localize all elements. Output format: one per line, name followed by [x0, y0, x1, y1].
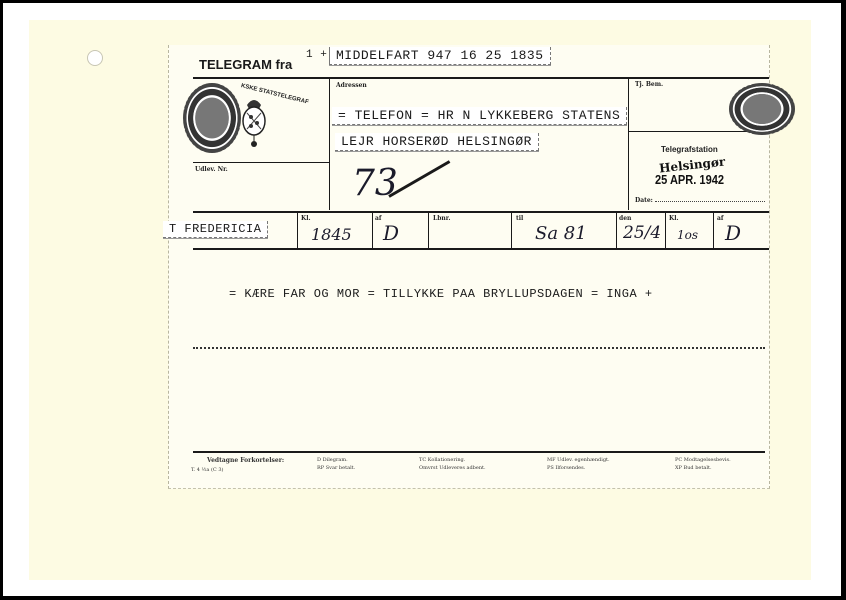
address-strip-2: LEJR HORSERØD HELSINGØR	[335, 133, 539, 151]
rule	[193, 77, 769, 79]
abbr-4-line1: PC Modtagelsesbevis.	[675, 457, 731, 463]
address-label: Adressen	[336, 82, 367, 89]
abbr-2-line1: TC Kollationering.	[419, 457, 465, 463]
rule	[193, 211, 769, 213]
til-value: Sa 81	[535, 223, 587, 244]
address-strip-1: = TELEFON = HR N LYKKEBERG STATENS	[332, 107, 627, 125]
divider	[372, 212, 373, 249]
abbr-3-line1: MF Udlev. egenhændigt.	[547, 457, 610, 463]
af-label: af	[375, 215, 381, 222]
abbr-1-line2: RP Svar betalt.	[317, 465, 355, 471]
rule	[193, 248, 769, 250]
kl2-label: Kl.	[669, 215, 679, 222]
telegraph-station-label: Telegrafstation	[661, 145, 718, 154]
origin-strip: MIDDELFART 947 16 25 1835	[329, 47, 551, 65]
den-label: den	[619, 215, 631, 222]
delivery-no-label: Udlev. Nr.	[195, 166, 228, 173]
form-code: T. 4 ½a (C 3)	[191, 467, 223, 473]
kl2-value: 1os	[677, 228, 698, 242]
stamp-left-icon	[183, 83, 241, 153]
divider	[297, 212, 298, 249]
from-strip: T FREDERICIA	[163, 221, 268, 238]
divider	[329, 78, 330, 210]
rule	[193, 451, 765, 453]
postmark-date: 25 APR. 1942	[655, 172, 724, 187]
abbr-3-line2: PS Ilforsendes.	[547, 465, 585, 471]
date-label: Date:	[635, 197, 653, 204]
af2-value: D	[725, 221, 741, 245]
den-value: 25/4	[623, 223, 661, 243]
kl-value: 1845	[311, 225, 352, 244]
strip-prefix: 1 +	[306, 49, 327, 61]
telegram-form: TELEGRAM fra 1 + MIDDELFART 947 16 25 18…	[168, 45, 770, 489]
lbnr-label: Lbnr.	[433, 215, 450, 222]
kl-label: Kl.	[301, 215, 311, 222]
divider	[628, 78, 629, 210]
punch-hole	[87, 50, 103, 66]
abbr-2-line2: Omvrst Udleveres adbent.	[419, 465, 486, 471]
af-value: D	[383, 221, 399, 245]
stamp-right-icon	[729, 83, 795, 135]
date-dotted-line	[655, 201, 765, 202]
message-text: = KÆRE FAR OG MOR = TILLYKKE PAA BRYLLUP…	[229, 287, 653, 301]
form-title: TELEGRAM fra	[199, 57, 292, 72]
abbr-1-line1: D Dilegram.	[317, 457, 348, 463]
footer-heading: Vedtagne Forkortelser:	[207, 457, 284, 464]
abbr-4-line2: XP Bud betalt.	[675, 465, 712, 471]
divider	[713, 212, 714, 249]
divider	[616, 212, 617, 249]
af2-label: af	[717, 215, 723, 222]
rule	[193, 162, 330, 163]
service-notes-label: Tj. Bem.	[635, 81, 663, 88]
coat-of-arms-icon	[241, 95, 267, 151]
handwritten-number: 73	[352, 163, 398, 204]
til-label: til	[516, 215, 523, 222]
divider	[511, 212, 512, 249]
divider	[665, 212, 666, 249]
message-dotted-line	[193, 347, 765, 349]
divider	[428, 212, 429, 249]
